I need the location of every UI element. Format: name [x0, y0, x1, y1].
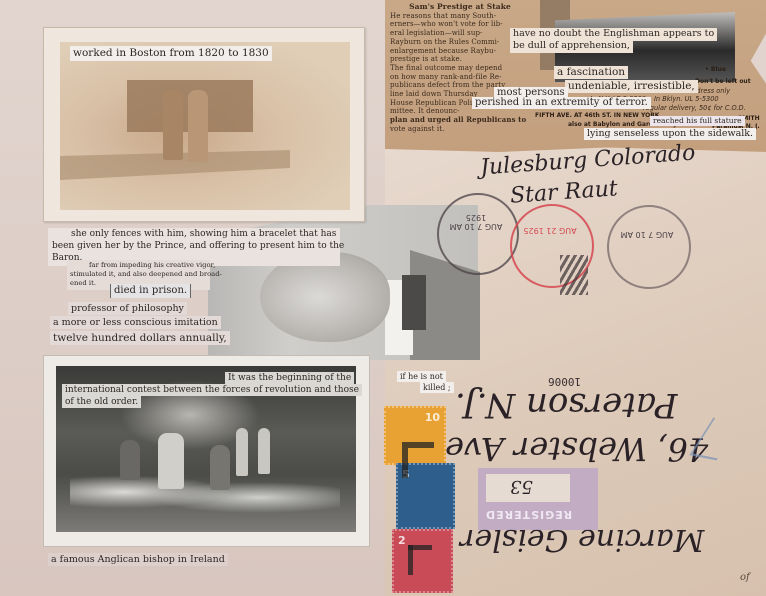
bracelet-line2: been given her by the Prince, and offeri…	[52, 240, 344, 253]
vigor-line1: far from impeding his creative vigor,	[89, 261, 215, 270]
photo-figure	[210, 445, 230, 490]
stamp-10-cent: 10	[384, 406, 446, 465]
stamp-value: 2	[398, 534, 406, 547]
caption-boston: worked in Boston from 1820 to 1830	[70, 46, 272, 61]
stamp-cancel-mark	[408, 545, 413, 575]
news-line: vote against it.	[390, 125, 530, 134]
photo-figure	[158, 433, 184, 489]
stamp-cancel-mark	[402, 448, 408, 478]
news-line: erners—who won't vote for lib-	[390, 20, 530, 29]
text-not-killed-line1: if he is not	[397, 371, 446, 382]
text-died-in-prison: died in prison.	[110, 284, 191, 298]
caption-revolution-line1: It was the beginning of the	[225, 372, 354, 384]
postmark-venango-2-text: AUG 7 10 AM	[620, 230, 674, 239]
news-column: Sam's Prestige at Stake He reasons that …	[390, 3, 530, 134]
photo-figure	[163, 90, 183, 160]
news-line: He reasons that many South-	[390, 12, 530, 21]
bracelet-line1: she only fences with him, showing him a …	[71, 228, 336, 241]
photo-figure	[258, 428, 270, 474]
news-line: on how many rank-and-file Re-	[390, 73, 530, 82]
stamp-2-cent: 2	[392, 529, 453, 593]
postmark-venango-1	[437, 193, 519, 275]
ad-line: Don't be left out	[695, 78, 751, 85]
caption-revolution-line3: of the old order.	[62, 396, 141, 408]
news-line: prestige is at stake.	[390, 55, 530, 64]
photo-figure	[236, 428, 248, 476]
text-fascination: a fascination	[554, 66, 628, 79]
news-line: The final outcome may depend	[390, 64, 530, 73]
portrait-tie	[402, 275, 426, 330]
text-imitation: a more or less conscious imitation	[50, 316, 221, 329]
text-englishman-line1: have no doubt the Englishman appears to	[510, 28, 717, 41]
news-headline: Sam's Prestige at Stake	[390, 3, 530, 12]
text-stature: reached his full stature	[650, 116, 745, 126]
registered-label: REGISTERED	[485, 508, 572, 521]
ad-line: regular delivery, 50¢ for C.O.D.	[643, 104, 746, 112]
photo-figure	[188, 90, 208, 162]
stamp-value: 10	[425, 411, 440, 424]
text-professor: professor of philosophy	[68, 302, 187, 315]
postmark-venango-1-text: AUG 7 10 AM 1925	[447, 213, 505, 231]
postmark-paterson-text: AUG 21 1925	[520, 226, 580, 235]
corner-signature: of	[740, 572, 750, 583]
vigor-line2: stimulated it, and also deepened and bro…	[70, 270, 222, 279]
news-line: eral legislation—will sup-	[390, 29, 530, 38]
registered-number: 53	[510, 476, 533, 497]
text-sidewalk: lying senseless upon the sidewalk.	[584, 128, 756, 140]
text-bishop: a famous Anglican bishop in Ireland	[48, 553, 228, 566]
text-englishman-line2: be dull of apprehension,	[510, 40, 633, 53]
handwriting-paterson: Paterson N.J.	[455, 385, 677, 425]
handwriting-webster: 46, Webster Ave	[445, 430, 708, 468]
text-dollars: twelve hundred dollars annually,	[50, 331, 230, 345]
news-line: Rayburn on the Rules Commi-	[390, 38, 530, 47]
ad-line: FIFTH AVE. AT 46th ST. IN NEW YORK	[535, 112, 659, 119]
news-line: plan and urged all Republicans to	[390, 116, 530, 125]
text-undeniable: undeniable, irresistible,	[565, 80, 698, 93]
photo-figure	[120, 440, 140, 480]
cancel-bars	[560, 255, 588, 295]
news-line: enlargement because Raybu-	[390, 47, 530, 56]
postmark-venango-2	[607, 205, 691, 289]
photo-ground	[70, 470, 340, 525]
vigor-line3: ened it.	[70, 279, 96, 288]
ad-line: • Blue	[705, 66, 726, 73]
text-not-killed-line2: killed ;	[420, 382, 454, 393]
text-perished: perished in an extremity of terror.	[472, 97, 651, 109]
caption-revolution-line2: international contest between the forces…	[62, 384, 362, 396]
